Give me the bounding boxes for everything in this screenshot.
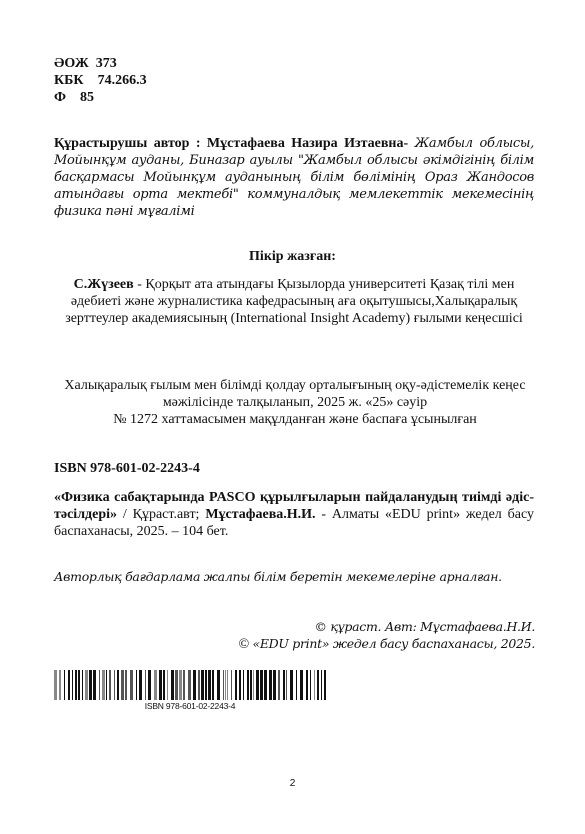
- book-author: Мұстафаева.Н.И.: [205, 507, 315, 522]
- approval-line-1: Халықаралық ғылым мен білімді қолдау орт…: [40, 377, 550, 394]
- lbc-label: КБК: [54, 72, 84, 89]
- copyright-author: © құраст. Авт: Мұстафаева.Н.И.: [115, 618, 535, 635]
- reviewer-description: - Қорқыт ата атындағы Қызылорда универси…: [65, 277, 523, 326]
- author-mark-value: 85: [80, 89, 94, 106]
- copyright-block: © құраст. Авт: Мұстафаева.Н.И. © «EDU pr…: [115, 618, 535, 653]
- udc-label: ӘОЖ: [54, 55, 89, 72]
- udc-value: 373: [96, 55, 117, 72]
- author-mark-label: Ф: [54, 89, 66, 106]
- barcode-caption: ISBN 978-601-02-2243-4: [54, 701, 326, 711]
- author-block: Құрастырушы автор : Мұстафаева Назира Из…: [54, 135, 534, 220]
- lbc-value: 74.266.3: [98, 72, 147, 89]
- copyright-publisher-text: «EDU print» жедел басу баспаханасы, 2025…: [252, 636, 535, 651]
- review-title: Пікір жазған:: [0, 249, 585, 265]
- isbn-line: ISBN 978-601-02-2243-4: [54, 461, 200, 477]
- bibliographic-description: «Физика сабақтарында PASCO құрылғыларын …: [54, 489, 534, 540]
- author-mark-row: Ф 85: [54, 89, 147, 106]
- reviewer-name: С.Жүзеев: [74, 277, 134, 292]
- approval-block: Халықаралық ғылым мен білімді қолдау орт…: [40, 377, 550, 428]
- isbn-barcode: [54, 670, 326, 700]
- lbc-row: КБК 74.266.3: [54, 72, 147, 89]
- udc-row: ӘОЖ 373: [54, 55, 147, 72]
- author-label: Құрастырушы автор : Мұстафаева Назира Из…: [54, 136, 403, 151]
- page-number: 2: [0, 778, 585, 789]
- book-role: / Құраст.авт;: [117, 507, 205, 522]
- author-dash: -: [403, 136, 414, 151]
- reviewer-block: С.Жүзеев - Қорқыт ата атындағы Қызылорда…: [54, 276, 534, 327]
- approval-line-3: № 1272 хаттамасымен мақұлданған және бас…: [40, 411, 550, 428]
- copyright-symbol: ©: [238, 637, 252, 652]
- copyright-publisher: © «EDU print» жедел басу баспаханасы, 20…: [115, 635, 535, 653]
- audience-note: Авторлық бағдарлама жалпы білім беретін …: [54, 569, 544, 584]
- classification-block: ӘОЖ 373 КБК 74.266.3 Ф 85: [54, 55, 147, 106]
- approval-line-2: мәжілісінде талқыланып, 2025 ж. «25» сәу…: [40, 394, 550, 411]
